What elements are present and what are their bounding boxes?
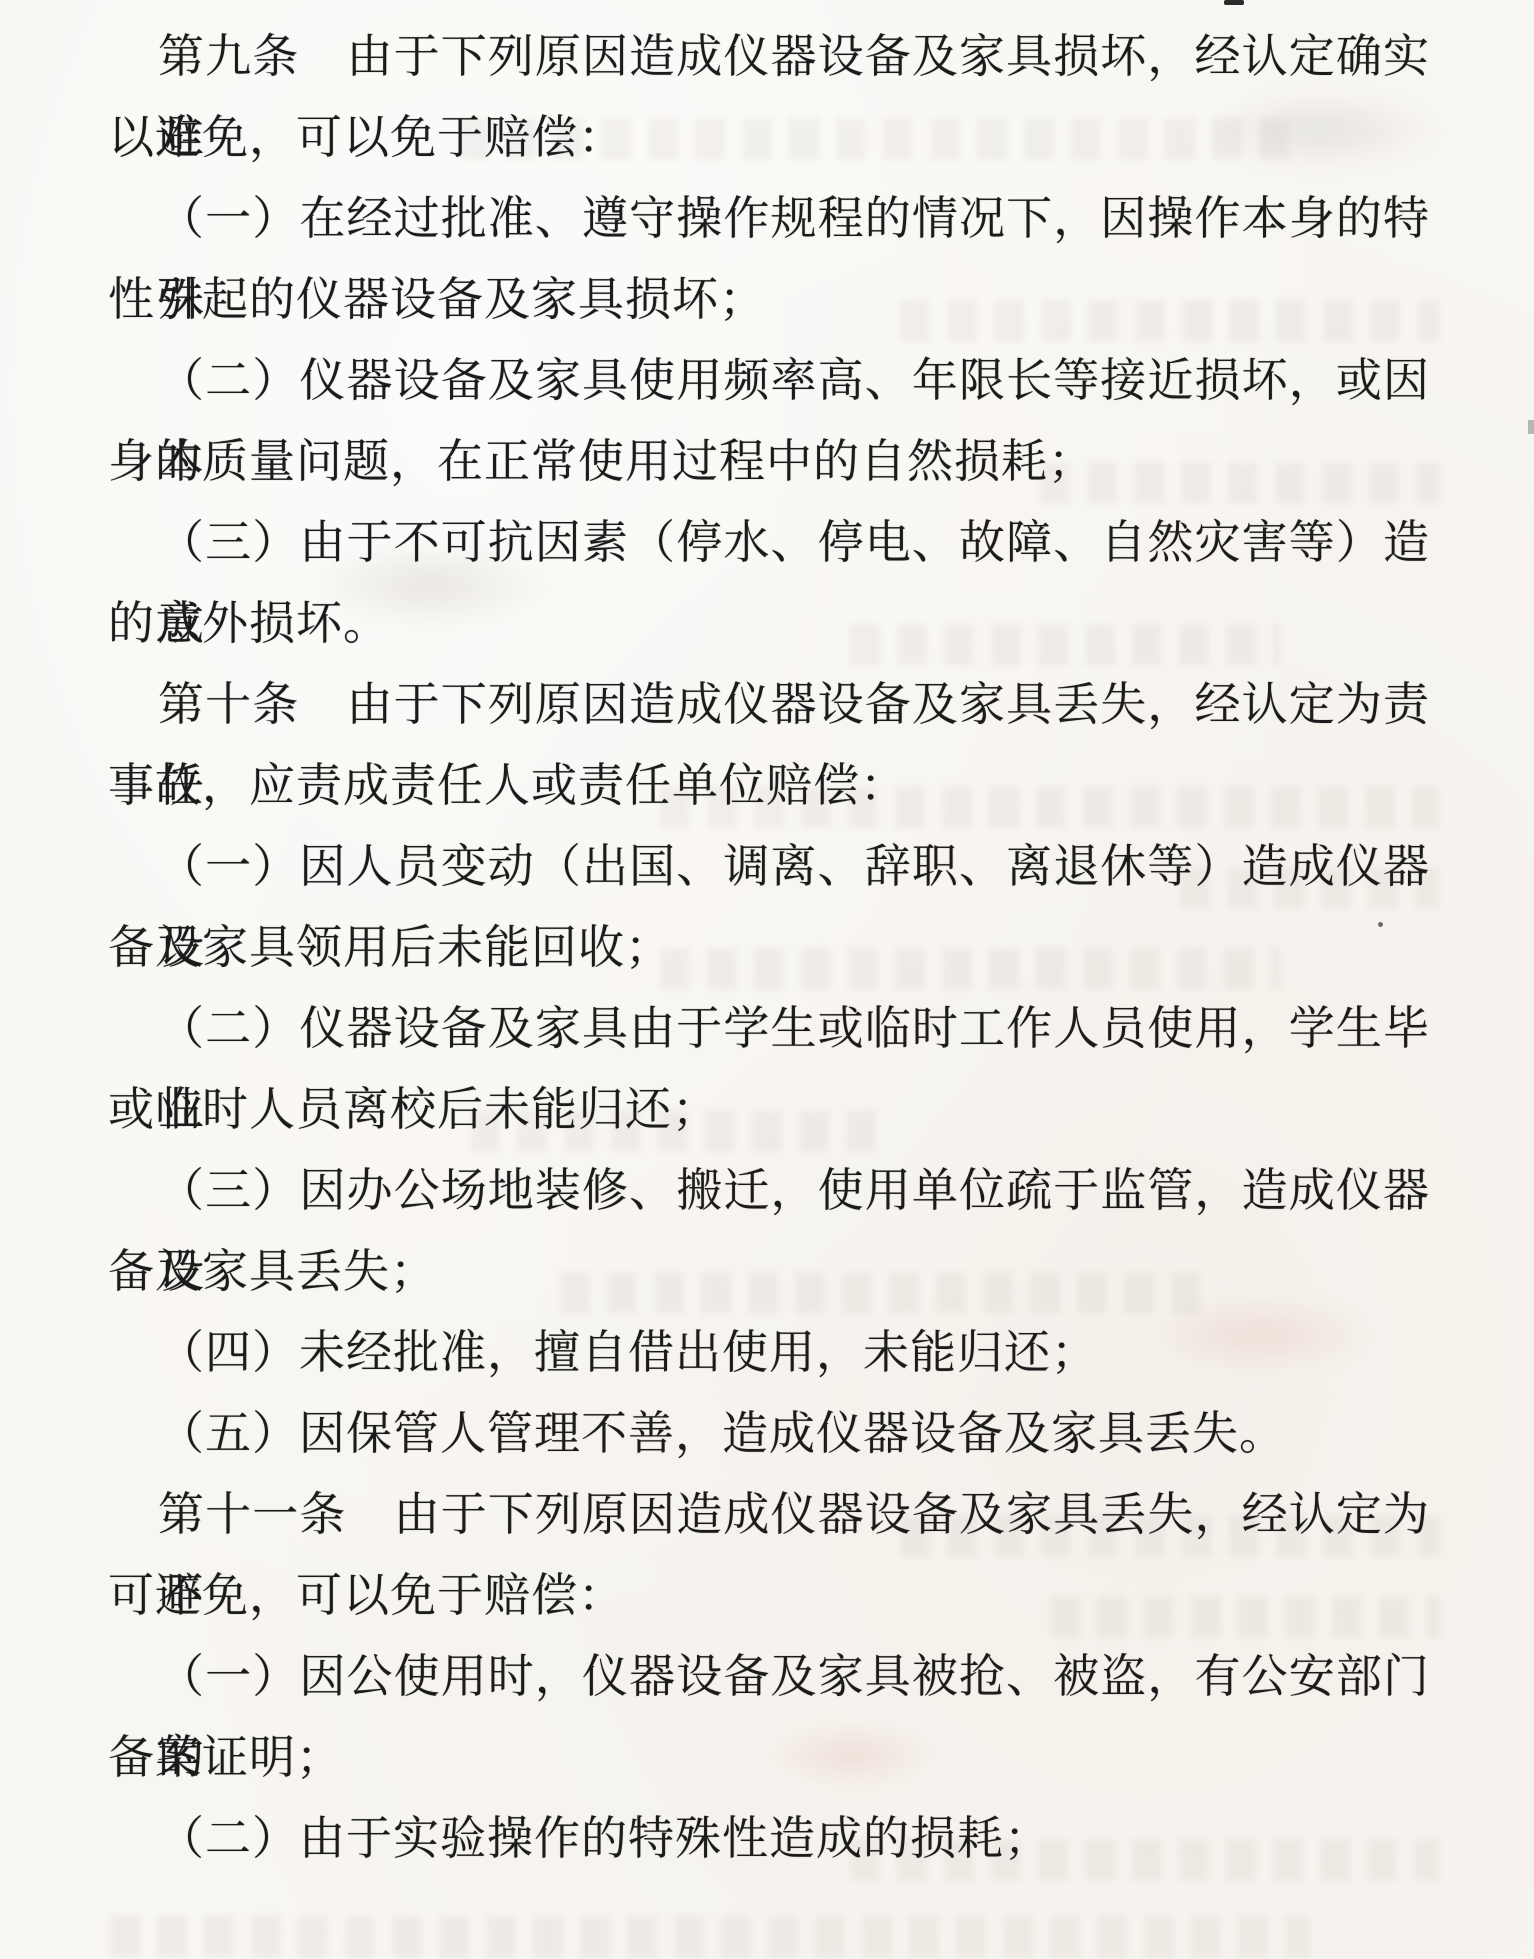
- text-line: 备及家具领用后未能回收；: [108, 907, 1430, 988]
- text-line: （一）因公使用时，仪器设备及家具被抢、被盗，有公安部门的: [108, 1636, 1430, 1717]
- text-line: （二）由于实验操作的特殊性造成的损耗；: [108, 1798, 1430, 1879]
- text-line: 事故，应责成责任人或责任单位赔偿：: [108, 745, 1430, 826]
- text-line: 或临时人员离校后未能归还；: [108, 1069, 1430, 1150]
- scan-artifact: [1224, 0, 1244, 5]
- scanned-document-page: 第九条 由于下列原因造成仪器设备及家具损坏，经认定确实难以避免，可以免于赔偿：（…: [0, 0, 1534, 1959]
- text-line: （三）由于不可抗因素（停水、停电、故障、自然灾害等）造成: [108, 502, 1430, 583]
- text-line: 备及家具丢失；: [108, 1231, 1430, 1312]
- text-line: （二）仪器设备及家具由于学生或临时工作人员使用，学生毕业: [108, 988, 1430, 1069]
- text-line: 身的质量问题，在正常使用过程中的自然损耗；: [108, 421, 1430, 502]
- text-line: 的意外损坏。: [108, 583, 1430, 664]
- text-line: 第九条 由于下列原因造成仪器设备及家具损坏，经认定确实难: [108, 16, 1430, 97]
- text-line: （一）因人员变动（出国、调离、辞职、离退休等）造成仪器设: [108, 826, 1430, 907]
- bleed-through-row: [110, 1916, 1310, 1958]
- text-line: 第十一条 由于下列原因造成仪器设备及家具丢失，经认定为不: [108, 1474, 1430, 1555]
- text-line: （二）仪器设备及家具使用频率高、年限长等接近损坏，或因本: [108, 340, 1430, 421]
- scan-artifact: [1528, 420, 1534, 434]
- text-line: （四）未经批准，擅自借出使用，未能归还；: [108, 1312, 1430, 1393]
- text-line: 性引起的仪器设备及家具损坏；: [108, 259, 1430, 340]
- text-line: （一）在经过批准、遵守操作规程的情况下，因操作本身的特殊: [108, 178, 1430, 259]
- text-line: 可避免，可以免于赔偿：: [108, 1555, 1430, 1636]
- text-line: （五）因保管人管理不善，造成仪器设备及家具丢失。: [108, 1393, 1430, 1474]
- text-line: 第十条 由于下列原因造成仪器设备及家具丢失，经认定为责任: [108, 664, 1430, 745]
- document-text: 第九条 由于下列原因造成仪器设备及家具损坏，经认定确实难以避免，可以免于赔偿：（…: [108, 16, 1430, 1879]
- text-line: （三）因办公场地装修、搬迁，使用单位疏于监管，造成仪器设: [108, 1150, 1430, 1231]
- text-line: 备案证明；: [108, 1717, 1430, 1798]
- text-line: 以避免，可以免于赔偿：: [108, 97, 1430, 178]
